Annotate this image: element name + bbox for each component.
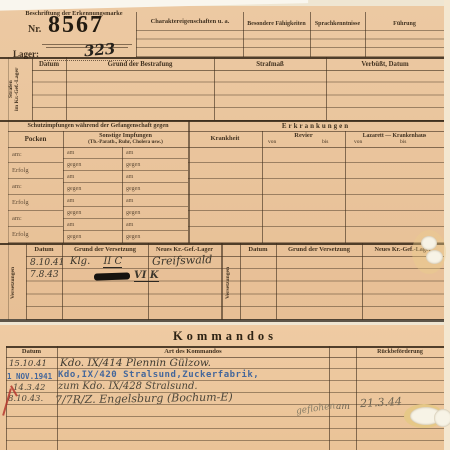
impfungen-col-sonstige-sub: (Tb.-Paratb., Ruhr, Cholera usw.): [63, 140, 188, 145]
impf-cell-label: am: [63, 219, 122, 231]
impf-cell-label: am: [122, 171, 188, 183]
strafen-row-lines: [32, 70, 444, 121]
traits-col-fuehrung: Führung: [365, 21, 444, 27]
versetzungen-left-side-label: Versetzungen: [11, 252, 17, 314]
impf-cell-label: gegen: [63, 183, 122, 195]
impf-cell-label: gegen: [63, 159, 122, 171]
punch-hole: [421, 236, 437, 250]
rule: [8, 131, 188, 132]
punch-hole: [434, 409, 450, 427]
versetzungen-right-col-grund: Grund der Versetzung: [276, 247, 362, 254]
scan-edge-right: [444, 0, 450, 450]
erkrankungen-row-lines: [188, 147, 444, 243]
impf-cell-label: am: [122, 219, 188, 231]
versetzungen-side-label-text: Versetzungen: [11, 252, 17, 314]
scanned-pow-record-card: Beschriftung der Erkennungsmarke Nr. 856…: [0, 0, 450, 450]
erkrankungen-col-krankheit: Krankheit: [188, 136, 262, 143]
kommando-entry-datum-stamp: 1 NOV.1941: [7, 372, 52, 381]
versetzung-entry-datum: 8.10.41: [30, 258, 64, 268]
impf-cell-label: am: [63, 195, 122, 207]
impf-cell-label: gegen: [122, 207, 188, 219]
rule: [188, 131, 444, 132]
kommandos-col-rueckbefoerderung: Rückbeförderung: [356, 349, 444, 355]
versetzung-grund-mark: II C: [103, 256, 122, 268]
erkrankungen-revier-von: von: [268, 140, 276, 146]
versetzung-entry-datum: 7.8.43: [30, 270, 59, 280]
impfungen-sonstige-col1: am gegen am gegen am gegen am gegen: [63, 147, 122, 243]
erkrankungen-lazarett-bis: bis: [400, 140, 406, 146]
impf-cell-label: am: [122, 147, 188, 159]
impf-row-label: Erfolg: [8, 227, 63, 243]
kommando-entry-datum: 15.10.41: [9, 359, 47, 369]
tag-nr-label: Nr.: [28, 25, 41, 36]
kommandos-col-art: Art des Kommandos: [57, 349, 329, 356]
tag-nr-value: 8567: [48, 13, 104, 38]
strafen-col-verbuesst: Verbüßt, Datum: [326, 61, 444, 68]
kommando-entry-datum: 14.3.42: [13, 383, 45, 393]
kommando-entry-datum: 8.10.43.: [8, 394, 43, 404]
traits-col-charakter: Charaktereigenschaften u. a.: [137, 19, 243, 26]
note-am: am: [336, 402, 350, 412]
impf-row-label: am:: [8, 211, 63, 227]
impf-row-label: am:: [8, 179, 63, 195]
impf-cell-label: gegen: [63, 207, 122, 219]
kommando-entry-text: Kdo. IX/414 Plennin Gülzow.: [60, 357, 211, 369]
kommando-entry-text-stamp: Kdo,IX/420 Stralsund,Zuckerfabrik,: [58, 370, 259, 380]
traits-col-faehigkeiten: Besondere Fähigkeiten: [243, 21, 310, 27]
punch-hole: [426, 250, 443, 264]
impf-row-label: am:: [8, 147, 63, 163]
versetzung-grund-text: Klg.: [70, 256, 90, 267]
strafen-col-grund: Grund der Bestrafung: [66, 61, 214, 68]
rule: [6, 346, 444, 348]
impf-row-label: Erfolg: [8, 163, 63, 179]
impf-cell-label: am: [63, 171, 122, 183]
impfungen-col-pocken: Pocken: [8, 136, 63, 143]
kommandos-title: Kommandos: [120, 330, 330, 343]
erkrankungen-revier-bis: bis: [322, 140, 328, 146]
versetzung-entry-grund-mark: VI K: [134, 270, 159, 282]
erkrankungen-title: Erkrankungen: [188, 123, 444, 130]
impf-cell-label: gegen: [122, 183, 188, 195]
impf-row-label: Erfolg: [8, 195, 63, 211]
versetzung-entry-grund: Klg. II C: [70, 256, 122, 267]
kommando-entry-text: zum Kdo. IX/428 Stralsund.: [58, 381, 198, 392]
versetzungen-left-col-datum: Datum: [26, 247, 62, 254]
strafen-side-label-line2: im Kr.-Gef.-Lager: [15, 62, 21, 116]
versetzungen-right-col-datum: Datum: [240, 247, 276, 254]
impf-cell-label: am: [122, 195, 188, 207]
impf-cell-label: am: [63, 147, 122, 159]
erkrankungen-lazarett-von: von: [354, 140, 362, 146]
strafen-col-strafmass: Strafmaß: [214, 61, 326, 68]
versetzung-entry-neues-lager: Greifswald: [152, 253, 213, 268]
strafen-col-datum: Datum: [32, 61, 66, 68]
note-return-date: 21.3.44: [360, 395, 403, 410]
impfungen-pocken-rows: am: Erfolg am: Erfolg am: Erfolg: [8, 147, 63, 243]
versetzungen-left-col-grund: Grund der Versetzung: [62, 247, 148, 254]
ink-scribble: [94, 272, 130, 280]
impf-cell-label: gegen: [122, 231, 188, 243]
traits-col-sprachen: Sprachkenntnisse: [310, 21, 365, 27]
impf-cell-label: gegen: [63, 231, 122, 243]
impf-cell-label: gegen: [122, 159, 188, 171]
impfungen-title: Schutzimpfungen während der Gefangenscha…: [8, 123, 188, 130]
impfungen-sonstige-col2: am gegen am gegen am gegen am gegen: [122, 147, 188, 243]
kommandos-col-datum: Datum: [6, 349, 57, 356]
strafen-side-label: Strafen im Kr.-Gef.-Lager: [9, 62, 21, 116]
